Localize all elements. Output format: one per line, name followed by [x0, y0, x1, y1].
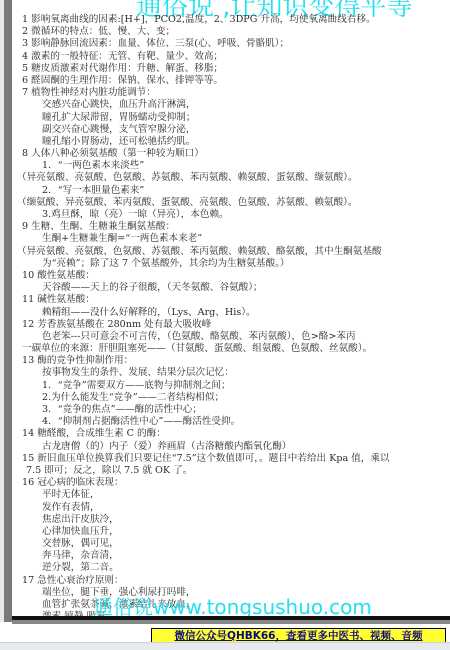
- document-line: 12 芳香族氨基酸在 280nm 处有最大吸收峰: [22, 319, 442, 331]
- document-line: 9 生糖、生酮、生糖兼生酮氨基酸：: [22, 221, 442, 233]
- document-line: 瞳孔扩大尿滞留，胃肠蠕动受抑制；: [22, 112, 442, 124]
- document-line: 4 激素的一般特征：无管、有靶、量少、效高；: [22, 51, 442, 63]
- page-left-border: [4, 0, 12, 622]
- document-line: 2．“写一本胆量色素来”: [22, 185, 442, 197]
- document-line: 心律加快血压升，: [22, 526, 442, 538]
- document-line: 13 酶的竞争性抑制作用：: [22, 355, 442, 367]
- viewer-toolbar: [0, 642, 450, 650]
- document-line: 发作有表情，: [22, 502, 442, 514]
- document-line: 3 影响静脉回流因素：血量、体位、三泵(心、呼吸、骨骼肌）；: [22, 38, 442, 50]
- document-line: 10 酸性氨基酸：: [22, 270, 442, 282]
- document-line: 1．“一两色素本来淡些”: [22, 160, 442, 172]
- document-line: （异亮氨酸、亮氨酸、色氨酸、苏氨酸、苯丙氨酸、赖氨酸、酪氨酸，其中生酮氨基酸: [17, 246, 442, 258]
- document-line: 7.5 即可；反之，除以 7.5 就 OK 了。: [22, 465, 442, 477]
- document-line: 2.为什么能发生“竞争”——二者结构相似；: [22, 392, 442, 404]
- document-line: 11 碱性氨基酸：: [22, 294, 442, 306]
- document-line: 8 人体八种必须氨基酸（第一种较为顺口）: [22, 148, 442, 160]
- document-line: 1 影响氧离曲线的因素:[H+]，PCO2,温度，2、3DPG 升高，均使氧离曲…: [22, 14, 442, 26]
- document-line: 7 植物性神经对内脏功能调节：: [22, 87, 442, 99]
- document-line: 4．“抑制剂占据酶活性中心”——酶活性受抑。: [22, 416, 442, 428]
- document-line: 按事物发生的条件、发展、结果分层次记忆：: [22, 367, 442, 379]
- document-line: 17 急性心衰治疗原则：: [22, 575, 442, 587]
- document-line: 1．“竞争”需要双方——底物与抑制剂之间；: [22, 380, 442, 392]
- document-body: 1 影响氧离曲线的因素:[H+]，PCO2,温度，2、3DPG 升高，均使氧离曲…: [22, 14, 442, 623]
- document-line: 16 冠心病的临床表现：: [22, 477, 442, 489]
- document-line: （异亮氨酸、亮氨酸、色氨酸、苏氨酸、苯丙氨酸、赖氨酸、蛋氨酸、缬氨酸）。: [17, 172, 442, 184]
- document-line: 古龙唐僧（的）内子（爱）养画眉（古洛糖酸内酯氧化酶）: [22, 441, 442, 453]
- document-line: 生酮+生糖兼生酮=“一两色素本来老”: [22, 233, 442, 245]
- document-line: 为“亮赖”；除了这 7 个氨基酸外，其余均为生糖氨基酸。）: [22, 258, 442, 270]
- document-line: （缬氨酸、异亮氨酸、苯丙氨酸、蛋氨酸、亮氨酸、色氨酸、苏氨酸、赖氨酸）。: [17, 197, 442, 209]
- document-line: 3.鸡旦酥，晾（亮）一晾（异亮），本色赖。: [22, 209, 442, 221]
- document-line: 一碳单位的来源：肝胆阻塞死——（甘氨酸、蛋氨酸、组氨酸、色氨酸、丝氨酸）。: [22, 343, 442, 355]
- document-line: 15 新旧血压单位换算我们只要记住“7.5”这个数值即可，。题目中若给出 Kpa…: [22, 453, 442, 465]
- document-line: 5 糖皮质激素对代谢作用：升糖、解蛋、移脂；: [22, 63, 442, 75]
- document-line: 交感兴奋心跳快，血压升高汗淋漓，: [22, 99, 442, 111]
- document-line: 副交兴奋心跳慢，支气管窄腺分泌，: [22, 124, 442, 136]
- document-line: 6 醛固酮的生理作用：保钠、保水、排钾等等。: [22, 75, 442, 87]
- document-line: 逆分裂，第二音。: [22, 562, 442, 574]
- document-line: 2 微循环的特点：低、慢、大、变；: [22, 26, 442, 38]
- document-line: 焦虑出汗皮肤冷，: [22, 514, 442, 526]
- document-line: 色老笨---只可意会不可言传，（色氨酸、酪氨酸、苯丙氨酸），色>酪>苯丙: [22, 331, 442, 343]
- document-line: 平时无体征，: [22, 489, 442, 501]
- document-line: 14 糖醛酸，合成维生素 C 的酶：: [22, 428, 442, 440]
- document-line: 3．“竞争的焦点”——酶的活性中心；: [22, 404, 442, 416]
- document-line: 交替脉，偶可见，: [22, 538, 442, 550]
- document-line: 赖精组——没什么好解释的，（Lys、Arg、His）。: [22, 307, 442, 319]
- document-line: 天谷酸——天上的谷子很酸，（天冬氨酸、谷氨酸）；: [22, 282, 442, 294]
- document-line: 奔马律，杂音清，: [22, 550, 442, 562]
- document-line: 瞳孔缩小胃肠动，还可松驰括约肌。: [22, 136, 442, 148]
